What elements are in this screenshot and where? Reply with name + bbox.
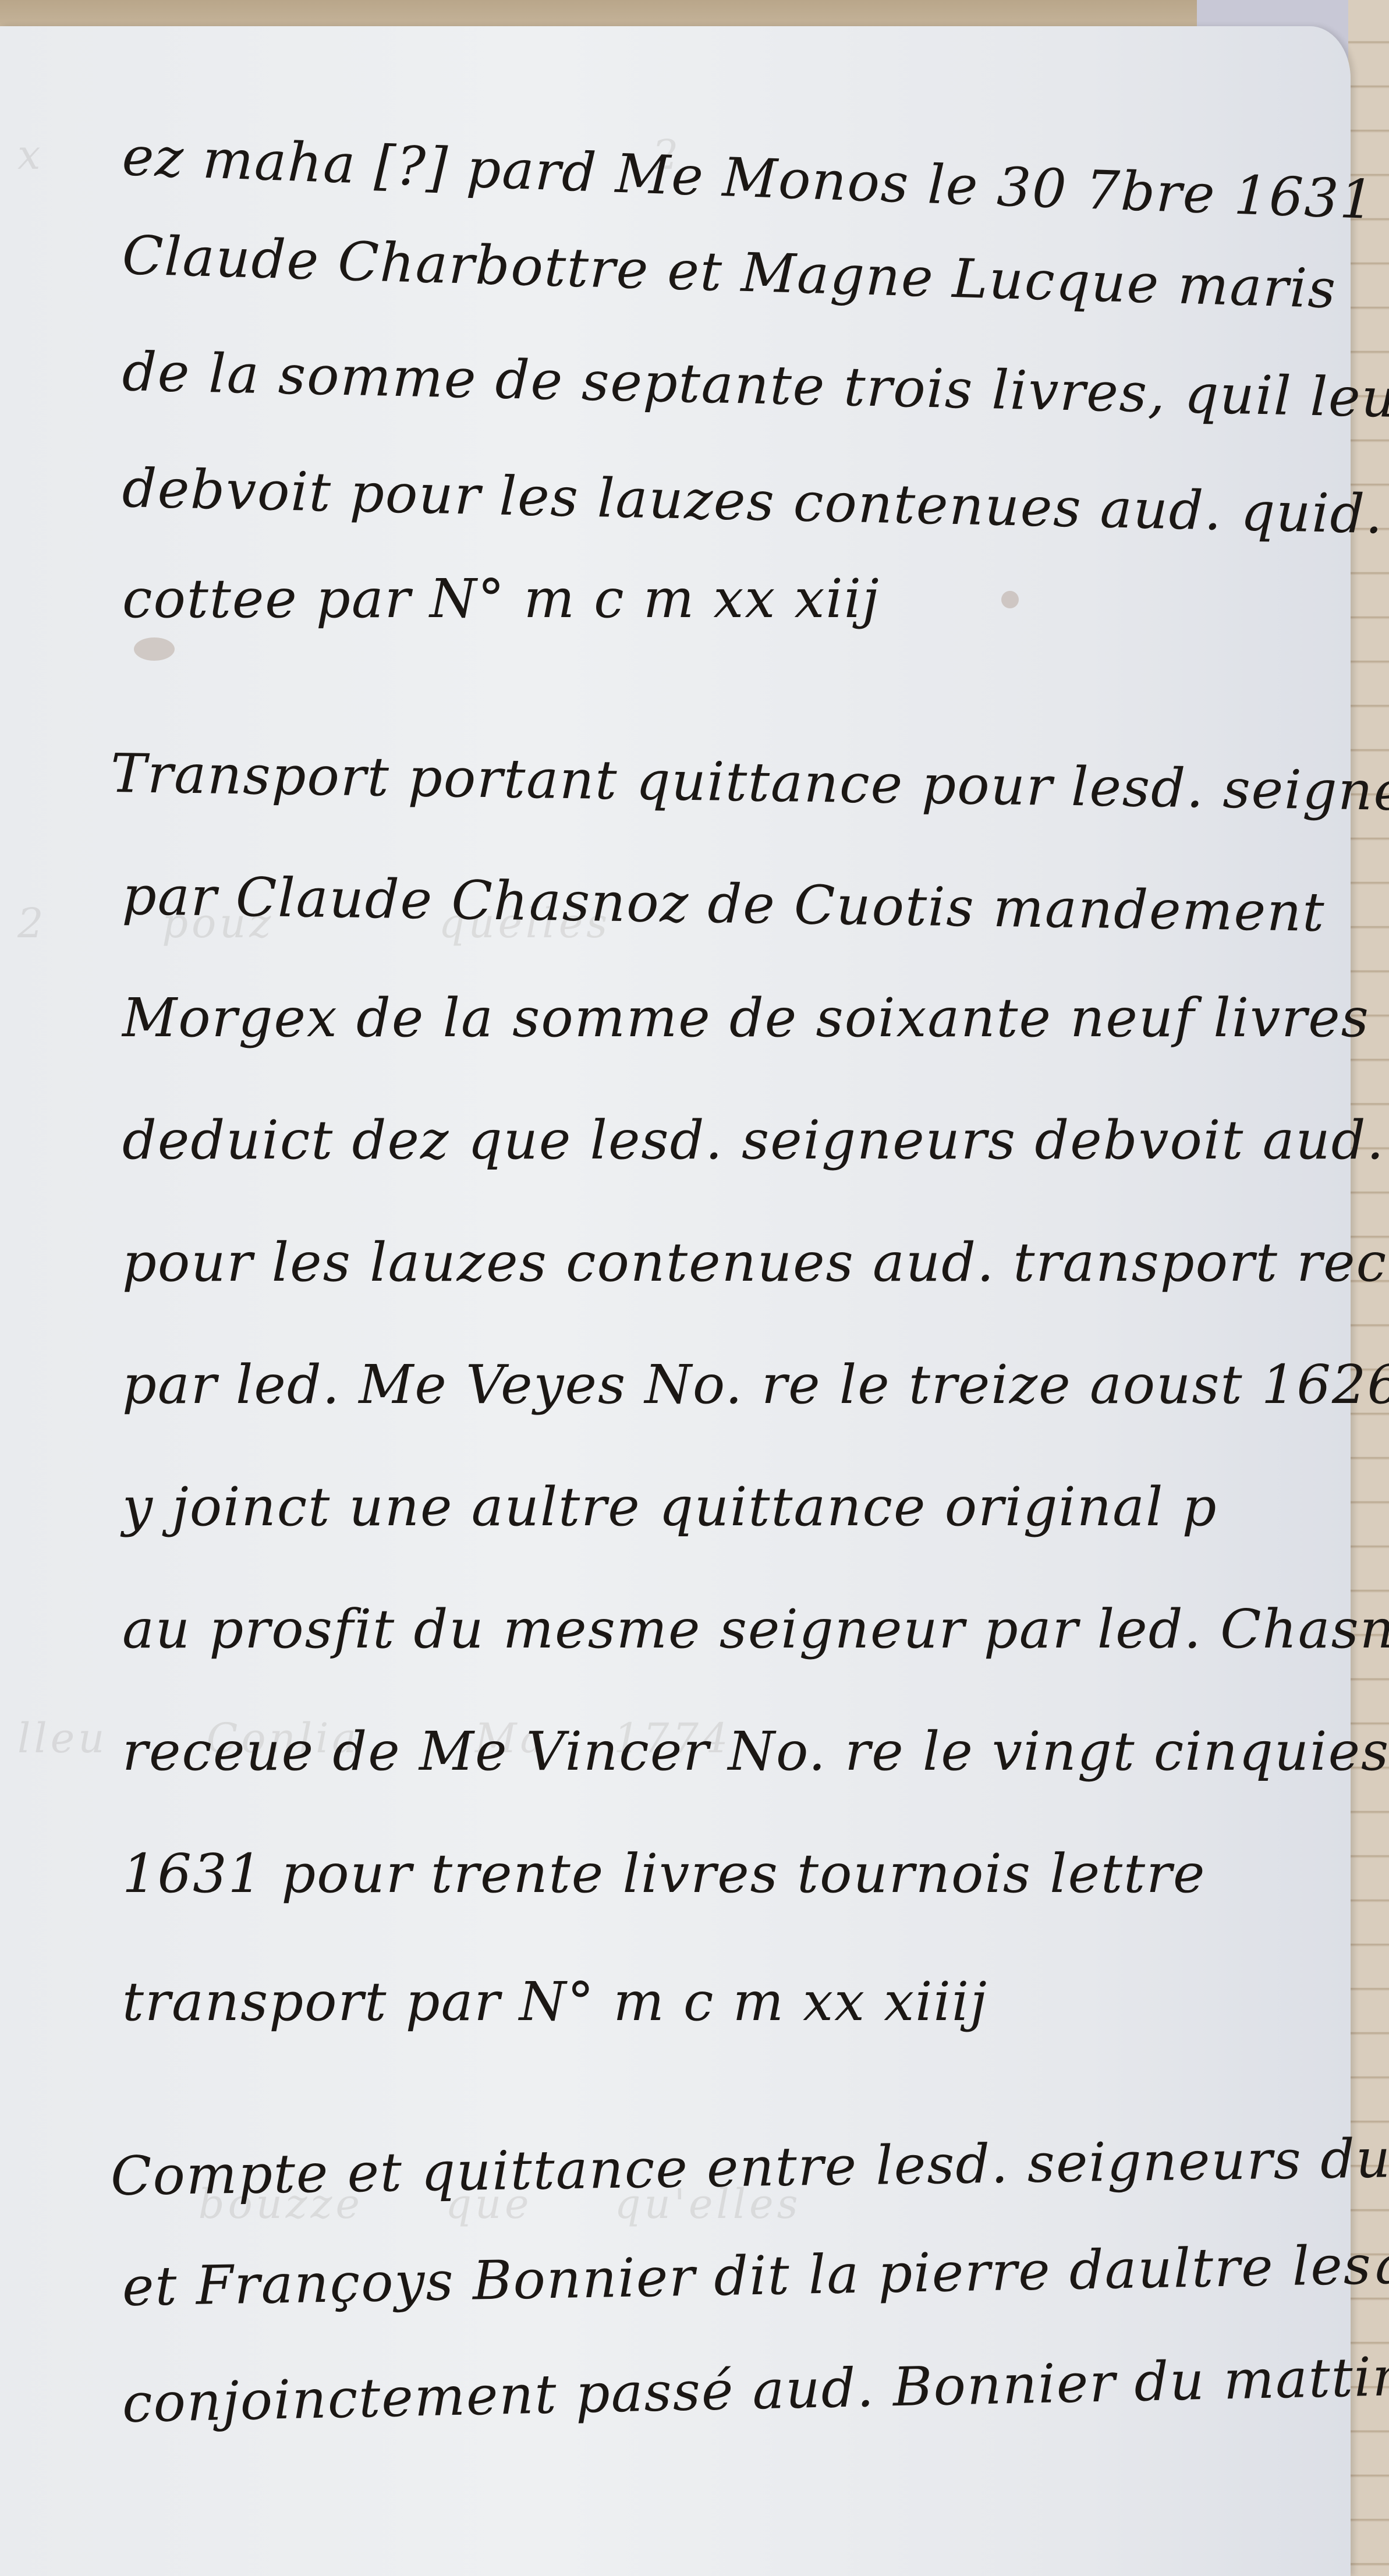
manuscript-line-5: cottee par N° m c m xx xiij	[122, 568, 880, 630]
manuscript-line-18: et Françoys Bonnier dit la pierre daultr…	[122, 2233, 1389, 2318]
manuscript-line-8: Morgex de la somme de soixante neuf livr…	[122, 987, 1389, 1049]
manuscript-line-14: receue de Me Vincer No. re le vingt cinq…	[122, 1720, 1389, 1783]
manuscript-line-11: par led. Me Veyes No. re le treize aoust…	[122, 1353, 1389, 1416]
ink-stain	[134, 637, 175, 661]
manuscript-line-3: de la somme de septante trois livres, qu…	[122, 341, 1389, 430]
manuscript-line-16: transport par N° m c m xx xiiij	[122, 1971, 988, 2033]
manuscript-line-2: Claude Charbottre et Magne Lucque maris	[122, 224, 1338, 320]
manuscript-line-1: ez maha [?] pard Me Monos le 30 7bre 163…	[121, 125, 1389, 233]
manuscript-line-15: 1631 pour trente livres tournois lettre	[122, 1842, 1206, 1905]
manuscript-line-9: deduict dez que lesd. seigneurs debvoit …	[122, 1109, 1389, 1171]
ink-stain	[1001, 591, 1019, 608]
manuscript-line-10: pour les lauzes contenues aud. transport…	[122, 1231, 1389, 1294]
manuscript-line-12: y joinct une aultre quittance original p	[122, 1476, 1218, 1538]
manuscript-page: x 2 2 pouz quelles lleu Conlia Ma 1774 b…	[0, 26, 1351, 2576]
manuscript-entry-transport: Transport portant quittance pour lesd. s…	[110, 742, 1389, 825]
manuscript-line-4: debvoit pour les lauzes contenues aud. q…	[122, 457, 1384, 545]
manuscript-entry-compte: Compte et quittance entre lesd. seigneur…	[110, 2127, 1389, 2208]
manuscript-line-13: au prosfit du mesme seigneur par led. Ch…	[122, 1598, 1389, 1660]
manuscript-line-19: conjoinctement passé aud. Bonnier du mat…	[122, 2344, 1389, 2435]
